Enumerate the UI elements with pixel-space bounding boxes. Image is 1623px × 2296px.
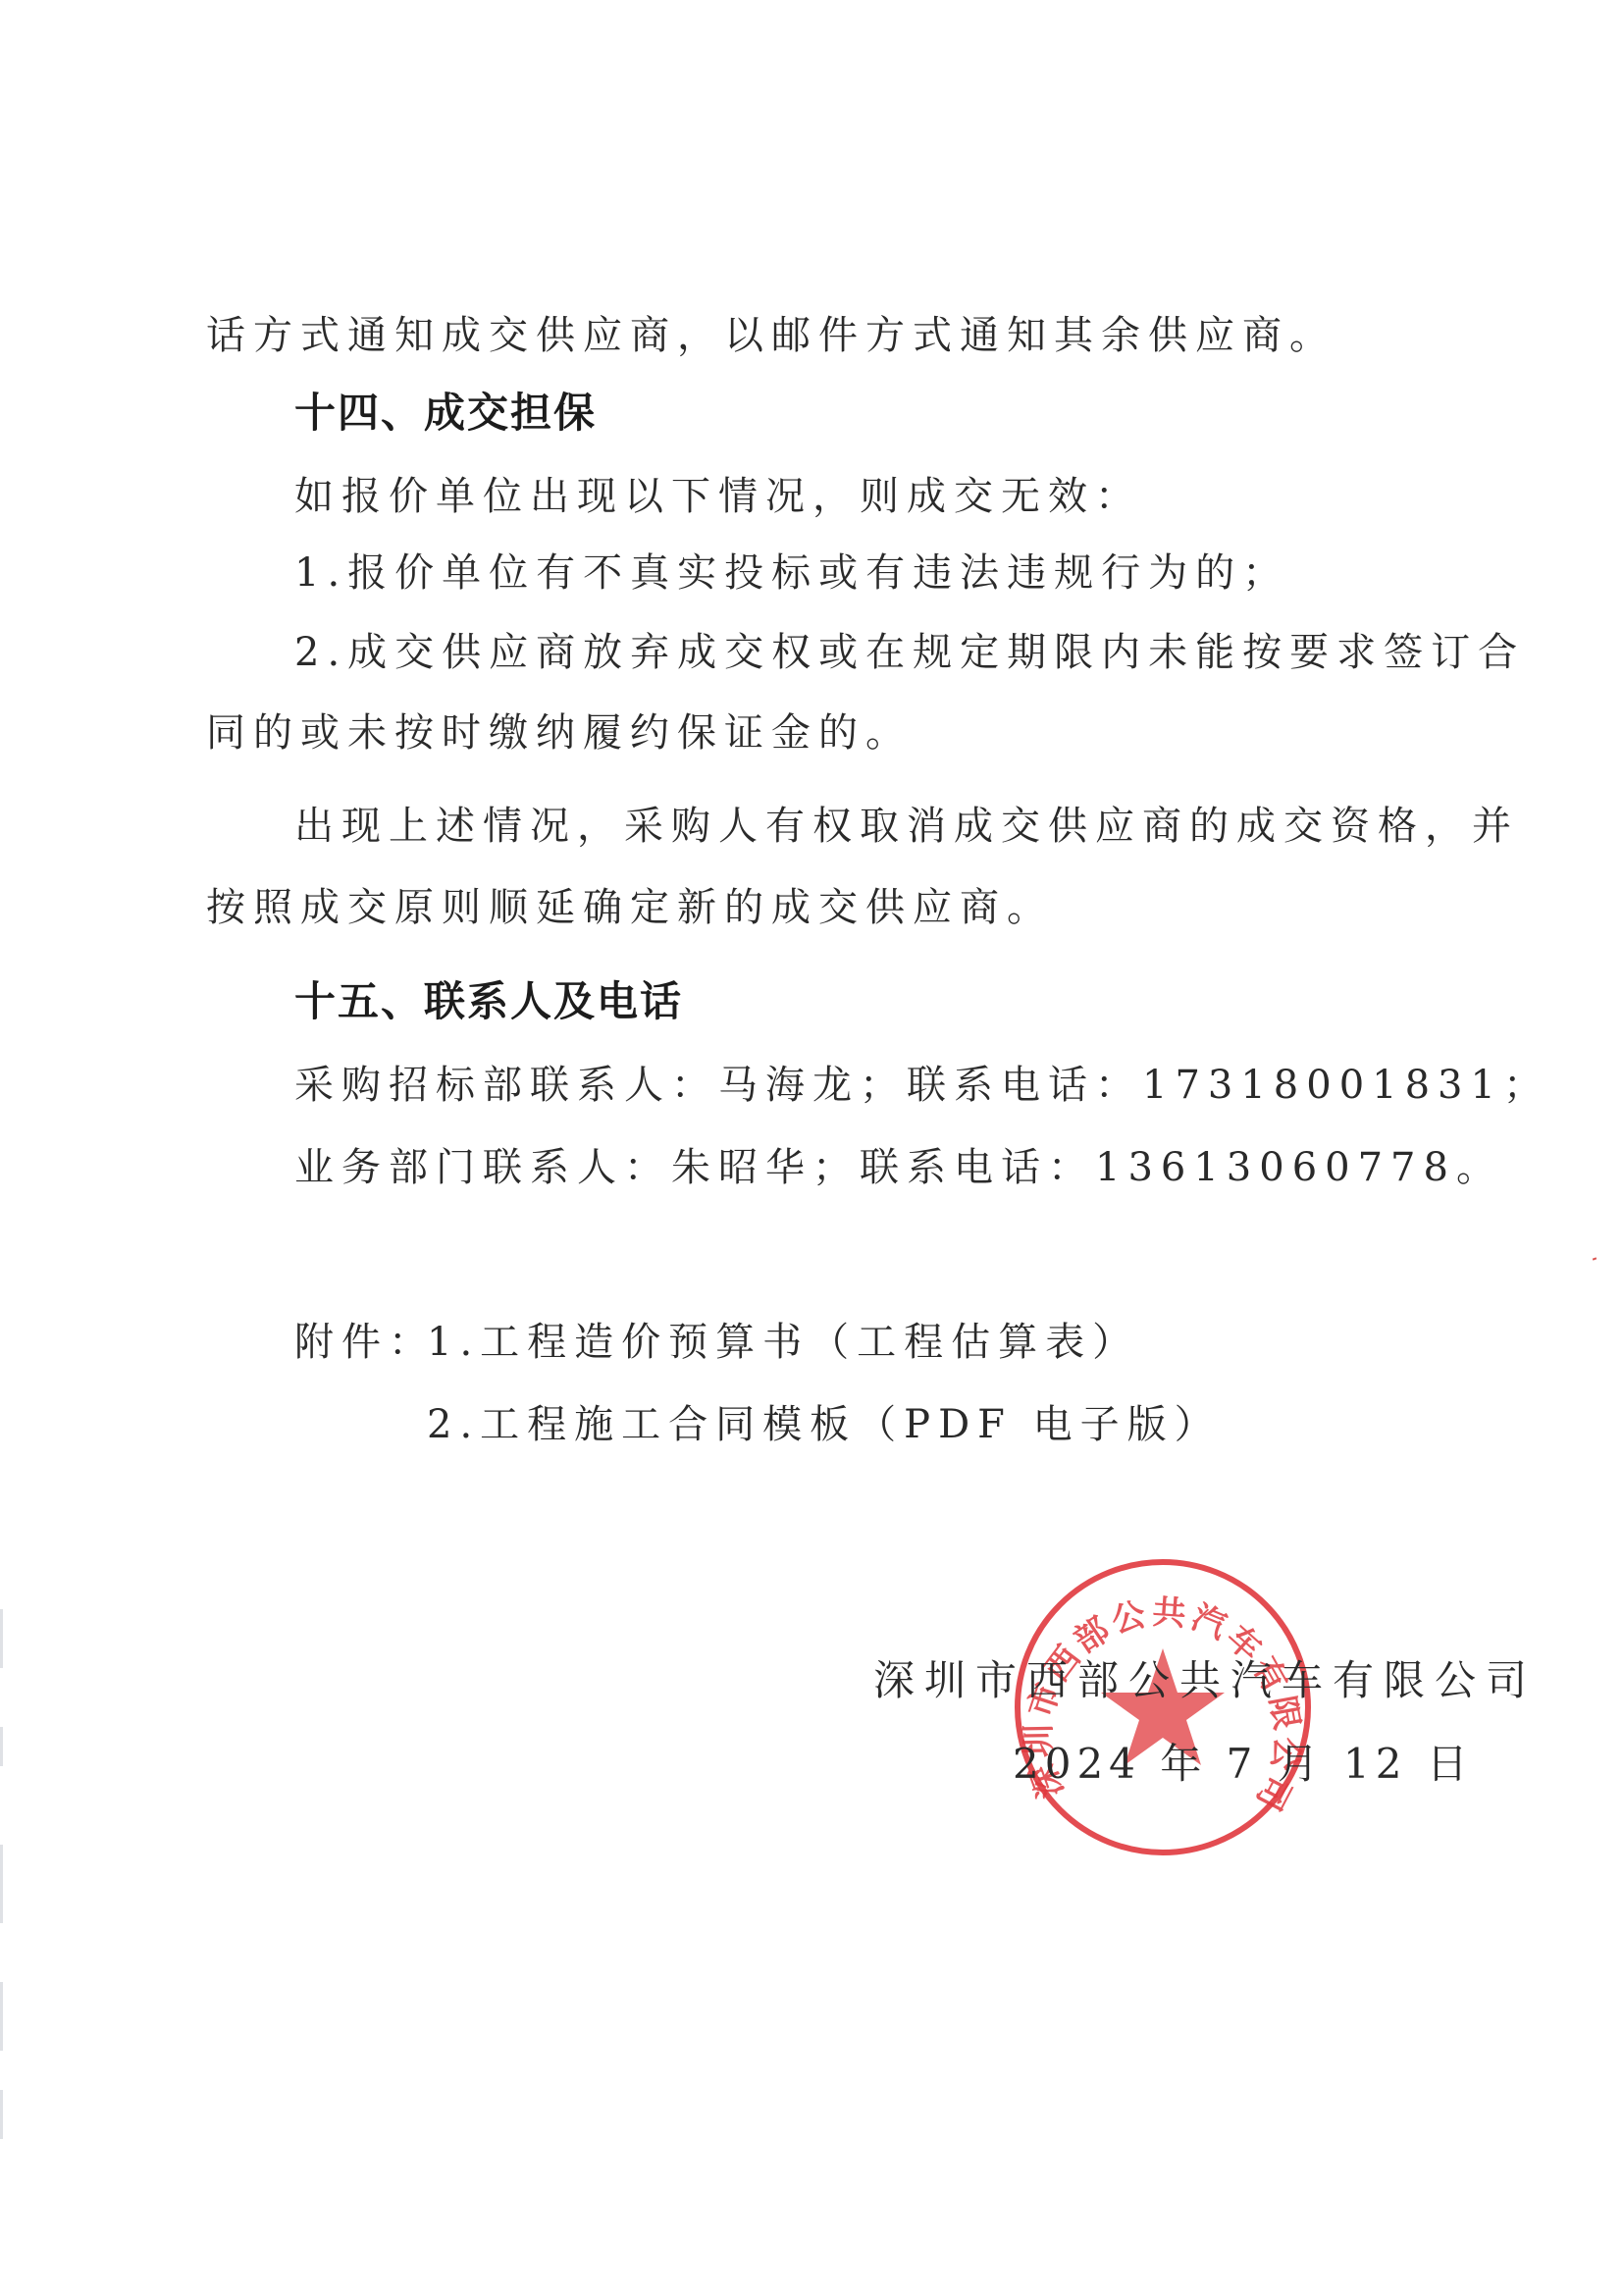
scan-speck	[1593, 1257, 1597, 1260]
document-page: 话方式通知成交供应商，以邮件方式通知其余供应商。 十四、成交担保 如报价单位出现…	[0, 0, 1623, 2296]
section-14-heading: 十四、成交担保	[294, 392, 597, 434]
section-14-item-2-cont: 同的或未按时缴纳履约保证金的。	[206, 713, 913, 753]
scan-edge-mark	[0, 2090, 3, 2139]
scan-edge-mark	[0, 1609, 3, 1668]
section-14-consequence-1: 出现上述情况，采购人有权取消成交供应商的成交资格，并	[294, 807, 1519, 846]
scan-edge-mark	[0, 1982, 3, 2051]
company-seal: 深圳市西部公共汽车有限公司	[1011, 1555, 1315, 1859]
attachment-item-2: 2.工程施工合同模板（PDF 电子版）	[427, 1405, 1222, 1444]
signature-company: 深圳市西部公共汽车有限公司	[873, 1660, 1537, 1701]
contact-business: 业务部门联系人：朱昭华；联系电话：13613060778。	[294, 1148, 1503, 1187]
scan-edge-mark	[0, 1727, 3, 1766]
continuation-line: 话方式通知成交供应商，以邮件方式通知其余供应商。	[206, 316, 1336, 355]
attachment-item-1: 1.工程造价预算书（工程估算表）	[427, 1323, 1139, 1362]
attachments-label: 附件：	[294, 1323, 436, 1362]
section-14-item-2: 2.成交供应商放弃成交权或在规定期限内未能按要求签订合	[294, 633, 1525, 672]
section-14-consequence-2: 按照成交原则顺延确定新的成交供应商。	[206, 888, 1054, 927]
section-14-intro: 如报价单位出现以下情况，则成交无效：	[294, 477, 1142, 516]
scan-edge-mark	[0, 1845, 3, 1923]
section-14-item-1: 1.报价单位有不真实投标或有违法违规行为的；	[294, 553, 1289, 593]
signature-date: 2024 年 7 月 12 日	[1013, 1744, 1474, 1785]
section-15-heading: 十五、联系人及电话	[294, 981, 683, 1022]
contact-procurement: 采购招标部联系人：马海龙；联系电话：17318001831；	[294, 1066, 1550, 1105]
